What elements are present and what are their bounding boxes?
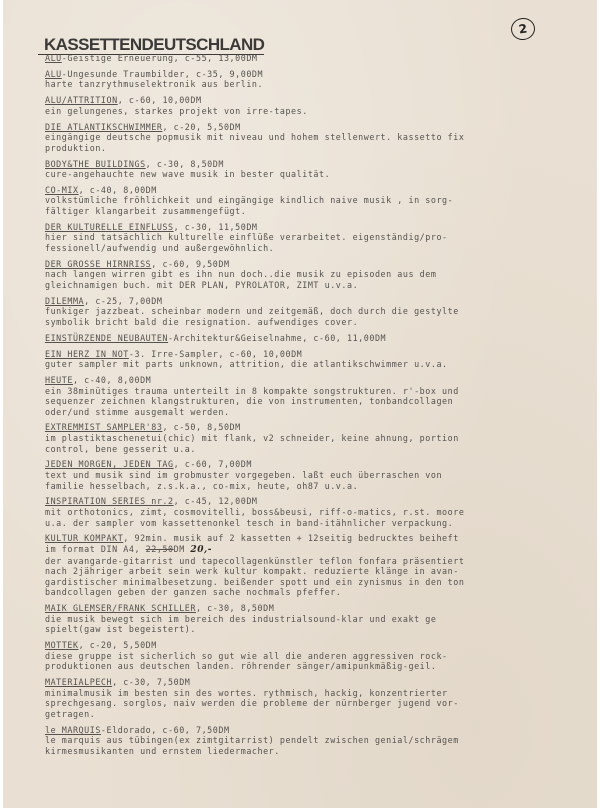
catalog-entry: HEUTE, c-40, 8,00DM ein 38minütiges trau… [45,375,565,417]
entry-description: funkiger jazzbeat. scheinbar modern und … [45,306,565,327]
entry-details: , c-30, 8,50DM [146,159,224,169]
entry-heading: MOTTEK, c-20, 5,50DM [45,640,565,651]
entry-heading: JEDEN MORGEN, JEDEN TAG, c-60, 7,00DM [45,459,565,470]
artist-name: EXTREMMIST SAMPLER'83 [45,422,162,432]
catalog-entry: ALU/ATTRITION, c-60, 10,00DM ein gelunge… [45,95,565,116]
entry-heading: KULTUR KOMPAKT, 92min. musik auf 2 kasse… [45,533,565,544]
artist-name: EINSTÜRZENDE NEUBAUTEN [45,333,168,343]
page-title: KASSETTENDEUTSCHLAND [44,36,264,54]
entry-heading: INSPIRATION SERIES nr.2, c-45, 12,00DM [45,496,565,507]
entry-description: harte tanzrythmuselektronik aus berlin. [45,79,565,90]
artist-name: CO-MIX [45,185,79,195]
entry-description: ein 38minütiges trauma unterteilt in 8 k… [45,386,565,418]
entry-description: nach langen wirren gibt es ihn nun doch.… [45,269,565,290]
entry-details: , c-30, 7,50DM [112,677,190,687]
catalog-entry: BODY&THE BUILDINGS, c-30, 8,50DM cure-an… [45,159,565,180]
entry-description: le marquis aus tübingen(ex zimtgitarrist… [45,735,565,756]
catalog-entry: ALU-Geistige Erneuerung, c-55, 13,00DM [45,53,565,64]
entry-details: , c-25, 7,00DM [84,296,162,306]
catalog-entry: CO-MIX, c-40, 8,00DM volkstümliche fröhl… [45,185,565,217]
handwritten-price: 20,- [190,545,212,555]
entry-heading: DER GROSSE HIRNRISS, c-60, 9,50DM [45,259,565,270]
catalog-entry: DER KULTURELLE EINFLUSS, c-30, 11,50DM h… [45,222,565,254]
artist-name: HEUTE [45,375,73,385]
entry-description: ein gelungenes, starkes projekt von irre… [45,106,565,117]
catalog-entry: DER GROSSE HIRNRISS, c-60, 9,50DM nach l… [45,259,565,291]
entry-heading: EINSTÜRZENDE NEUBAUTEN-Architektur&Geise… [45,333,565,344]
artist-name: MATERIALPECH [45,677,112,687]
entry-details: , c-20, 5,50DM [162,122,240,132]
entry-heading: BODY&THE BUILDINGS, c-30, 8,50DM [45,159,565,170]
catalog-entry: MATERIALPECH, c-30, 7,50DM minimalmusik … [45,677,565,719]
catalog-entry: DILEMMA, c-25, 7,00DM funkiger jazzbeat.… [45,296,565,328]
catalog-entry: le MARQUIS-Eldorado, c-60, 7,50DM le mar… [45,725,565,757]
entry-details: , c-60, 7,00DM [174,459,252,469]
price-unit: DM [174,544,191,554]
artist-name: JEDEN MORGEN, JEDEN TAG [45,459,174,469]
entry-description: cure-angehauchte new wave musik in beste… [45,169,565,180]
artist-name: MAIK GLEMSER/FRANK SCHILLER [45,603,196,613]
entry-heading: MAIK GLEMSER/FRANK SCHILLER, c-30, 8,50D… [45,603,565,614]
handwritten-page-number: 2 [510,16,537,41]
entry-details: , c-30, 8,50DM [196,603,274,613]
catalog-entry: EXTREMMIST SAMPLER'83, c-50, 8,50DM im p… [45,422,565,454]
entry-heading: DER KULTURELLE EINFLUSS, c-30, 11,50DM [45,222,565,233]
entry-description: guter sampler mit parts unknown, attriti… [45,359,565,370]
artist-name: ALU/ATTRITION [45,95,118,105]
entry-heading: le MARQUIS-Eldorado, c-60, 7,50DM [45,725,565,736]
catalog-entry: KULTUR KOMPAKT, 92min. musik auf 2 kasse… [45,533,565,598]
entry-details: , 92min. musik auf 2 kassetten + 12seiti… [123,533,459,543]
entry-heading: MATERIALPECH, c-30, 7,50DM [45,677,565,688]
artist-name: ALU [45,69,62,79]
entry-details: , c-40, 8,00DM [79,185,157,195]
entry-heading: ALU-Geistige Erneuerung, c-55, 13,00DM [45,53,565,64]
entry-heading: ALU/ATTRITION, c-60, 10,00DM [45,95,565,106]
artist-name: MOTTEK [45,640,79,650]
artist-name: DIE ATLANTIKSCHWIMMER [45,122,162,132]
entry-description: minimalmusik im besten sin des wortes. r… [45,688,565,720]
catalog-entry: MOTTEK, c-20, 5,50DM diese gruppe ist si… [45,640,565,672]
entry-description: mit orthotonics, zimt, cosmovitelli, bos… [45,507,565,528]
entry-description: im plastiktaschenetui(chic) mit flank, v… [45,433,565,454]
catalog-entry: MAIK GLEMSER/FRANK SCHILLER, c-30, 8,50D… [45,603,565,635]
entry-details: -Ungesunde Traumbilder, c-35, 9,00DM [62,69,263,79]
catalog-entry: INSPIRATION SERIES nr.2, c-45, 12,00DM m… [45,496,565,528]
entry-details: , c-30, 11,50DM [174,222,258,232]
entry-heading: ALU-Ungesunde Traumbilder, c-35, 9,00DM [45,69,565,80]
artist-name: BODY&THE BUILDINGS [45,159,146,169]
catalog-entry: DIE ATLANTIKSCHWIMMER, c-20, 5,50DM eing… [45,122,565,154]
artist-name: DER GROSSE HIRNRISS [45,259,151,269]
entry-heading: CO-MIX, c-40, 8,00DM [45,185,565,196]
entry-details: , c-20, 5,50DM [79,640,157,650]
entry-details: -3. Irre-Sampler, c-60, 10,00DM [129,349,302,359]
entry-heading-continued: im format DIN A4, 22,50DM 20,- [45,544,565,556]
entry-details: -Geistige Erneuerung, c-55, 13,00DM [62,53,258,63]
artist-name: DER KULTURELLE EINFLUSS [45,222,174,232]
catalog-entry: EIN HERZ IN NOT-3. Irre-Sampler, c-60, 1… [45,349,565,370]
catalog-list: ALU-Geistige Erneuerung, c-55, 13,00DM A… [45,53,565,762]
entry-details: , c-60, 10,00DM [118,95,202,105]
artist-name: EIN HERZ IN NOT [45,349,129,359]
struck-price: 22,50 [146,544,174,554]
entry-details: -Architektur&Geiselnahme, c-60, 11,00DM [168,333,386,343]
catalog-entry: ALU-Ungesunde Traumbilder, c-35, 9,00DM … [45,69,565,90]
artist-name: DILEMMA [45,296,84,306]
entry-details: , c-50, 8,50DM [162,422,240,432]
artist-name: ALU [45,53,62,63]
entry-description: diese gruppe ist sicherlich so gut wie a… [45,651,565,672]
entry-details: , c-40, 8,00DM [73,375,151,385]
entry-description: volkstümliche fröhlichkeit und eingängig… [45,195,565,216]
entry-description: eingängige deutsche popmusik mit niveau … [45,132,565,153]
entry-description: hier sind tatsächlich kulturelle einflüß… [45,232,565,253]
artist-name: INSPIRATION SERIES nr.2 [45,496,174,506]
entry-heading: HEUTE, c-40, 8,00DM [45,375,565,386]
catalog-entry: EINSTÜRZENDE NEUBAUTEN-Architektur&Geise… [45,333,565,344]
catalog-entry: JEDEN MORGEN, JEDEN TAG, c-60, 7,00DM te… [45,459,565,491]
entry-description: die musik bewegt sich im bereich des ind… [45,614,565,635]
entry-heading: EIN HERZ IN NOT-3. Irre-Sampler, c-60, 1… [45,349,565,360]
artist-name: le MARQUIS [45,725,101,735]
entry-description: der avangarde-gitarrist und tapecollagen… [45,556,565,598]
entry-description: text und musik sind im grobmuster vorgeg… [45,470,565,491]
format-text: im format DIN A4, [45,544,146,554]
entry-heading: DILEMMA, c-25, 7,00DM [45,296,565,307]
scanned-page: 2 KASSETTENDEUTSCHLAND ALU-Geistige Erne… [3,0,597,808]
entry-heading: EXTREMMIST SAMPLER'83, c-50, 8,50DM [45,422,565,433]
entry-details: -Eldorado, c-60, 7,50DM [101,725,230,735]
artist-name: KULTUR KOMPAKT [45,533,123,543]
entry-heading: DIE ATLANTIKSCHWIMMER, c-20, 5,50DM [45,122,565,133]
entry-details: , c-45, 12,00DM [174,496,258,506]
entry-details: , c-60, 9,50DM [151,259,229,269]
